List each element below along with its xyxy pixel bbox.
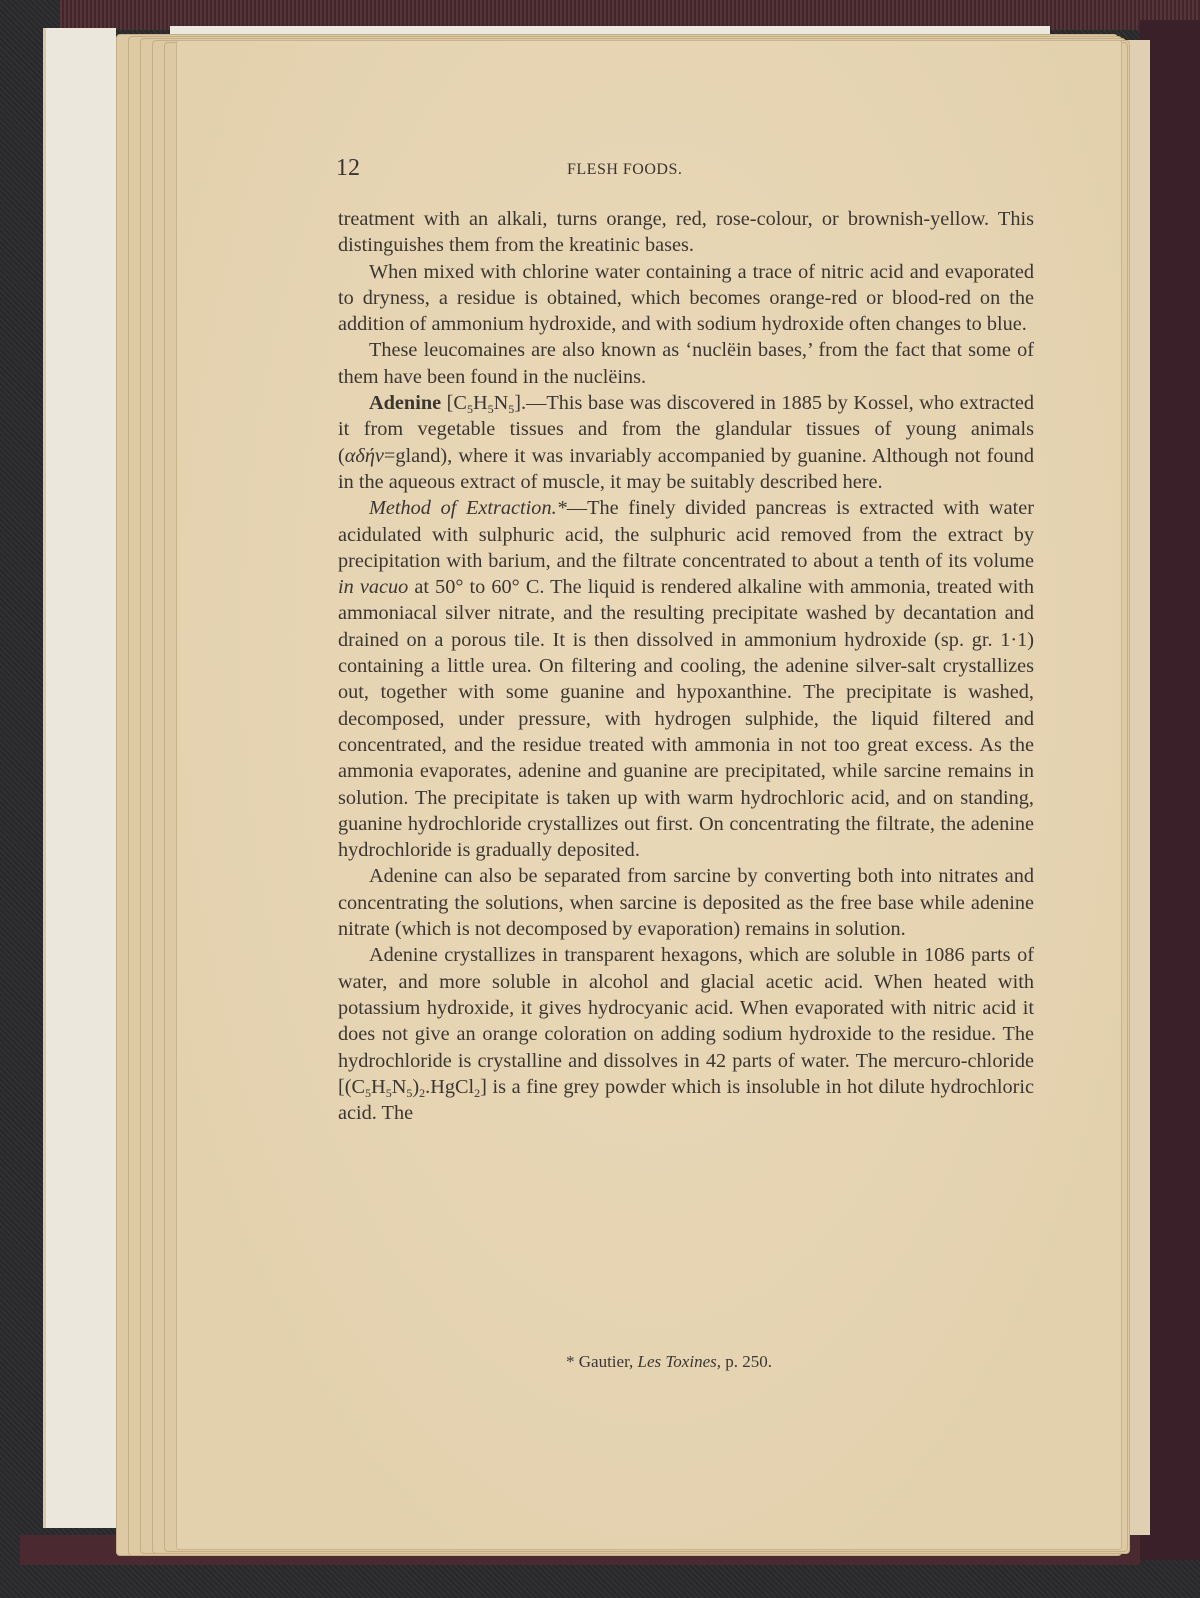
greek-word: αδήν — [345, 445, 384, 467]
section-heading: Adenine — [369, 392, 441, 414]
paragraph: When mixed with chlorine water containin… — [338, 259, 1034, 338]
paragraph-method: Method of Extraction.*—The finely divide… — [338, 495, 1034, 863]
page-number: 12 — [336, 155, 360, 182]
section-heading: Method of Extraction.* — [369, 497, 567, 519]
body-text: treatment with an alkali, turns orange, … — [338, 206, 1034, 1126]
paragraph-adenine: Adenine [C5H5N5].—This base was discover… — [338, 390, 1034, 495]
paragraph: Adenine can also be separated from sarci… — [338, 863, 1034, 942]
footnote: * Gautier, Les Toxines, p. 250. — [566, 1352, 772, 1372]
chemical-formula: [(C5H5N5)2.HgCl2] — [338, 1076, 487, 1098]
paragraph: These leucomaines are also known as ‘nuc… — [338, 337, 1034, 390]
paragraph: treatment with an alkali, turns orange, … — [338, 206, 1034, 259]
paragraph: Adenine crystallizes in transparent hexa… — [338, 942, 1034, 1126]
page-header: 12 FLESH FOODS. — [336, 155, 1036, 185]
running-title: FLESH FOODS. — [567, 161, 682, 179]
flyleaf — [43, 28, 116, 1528]
